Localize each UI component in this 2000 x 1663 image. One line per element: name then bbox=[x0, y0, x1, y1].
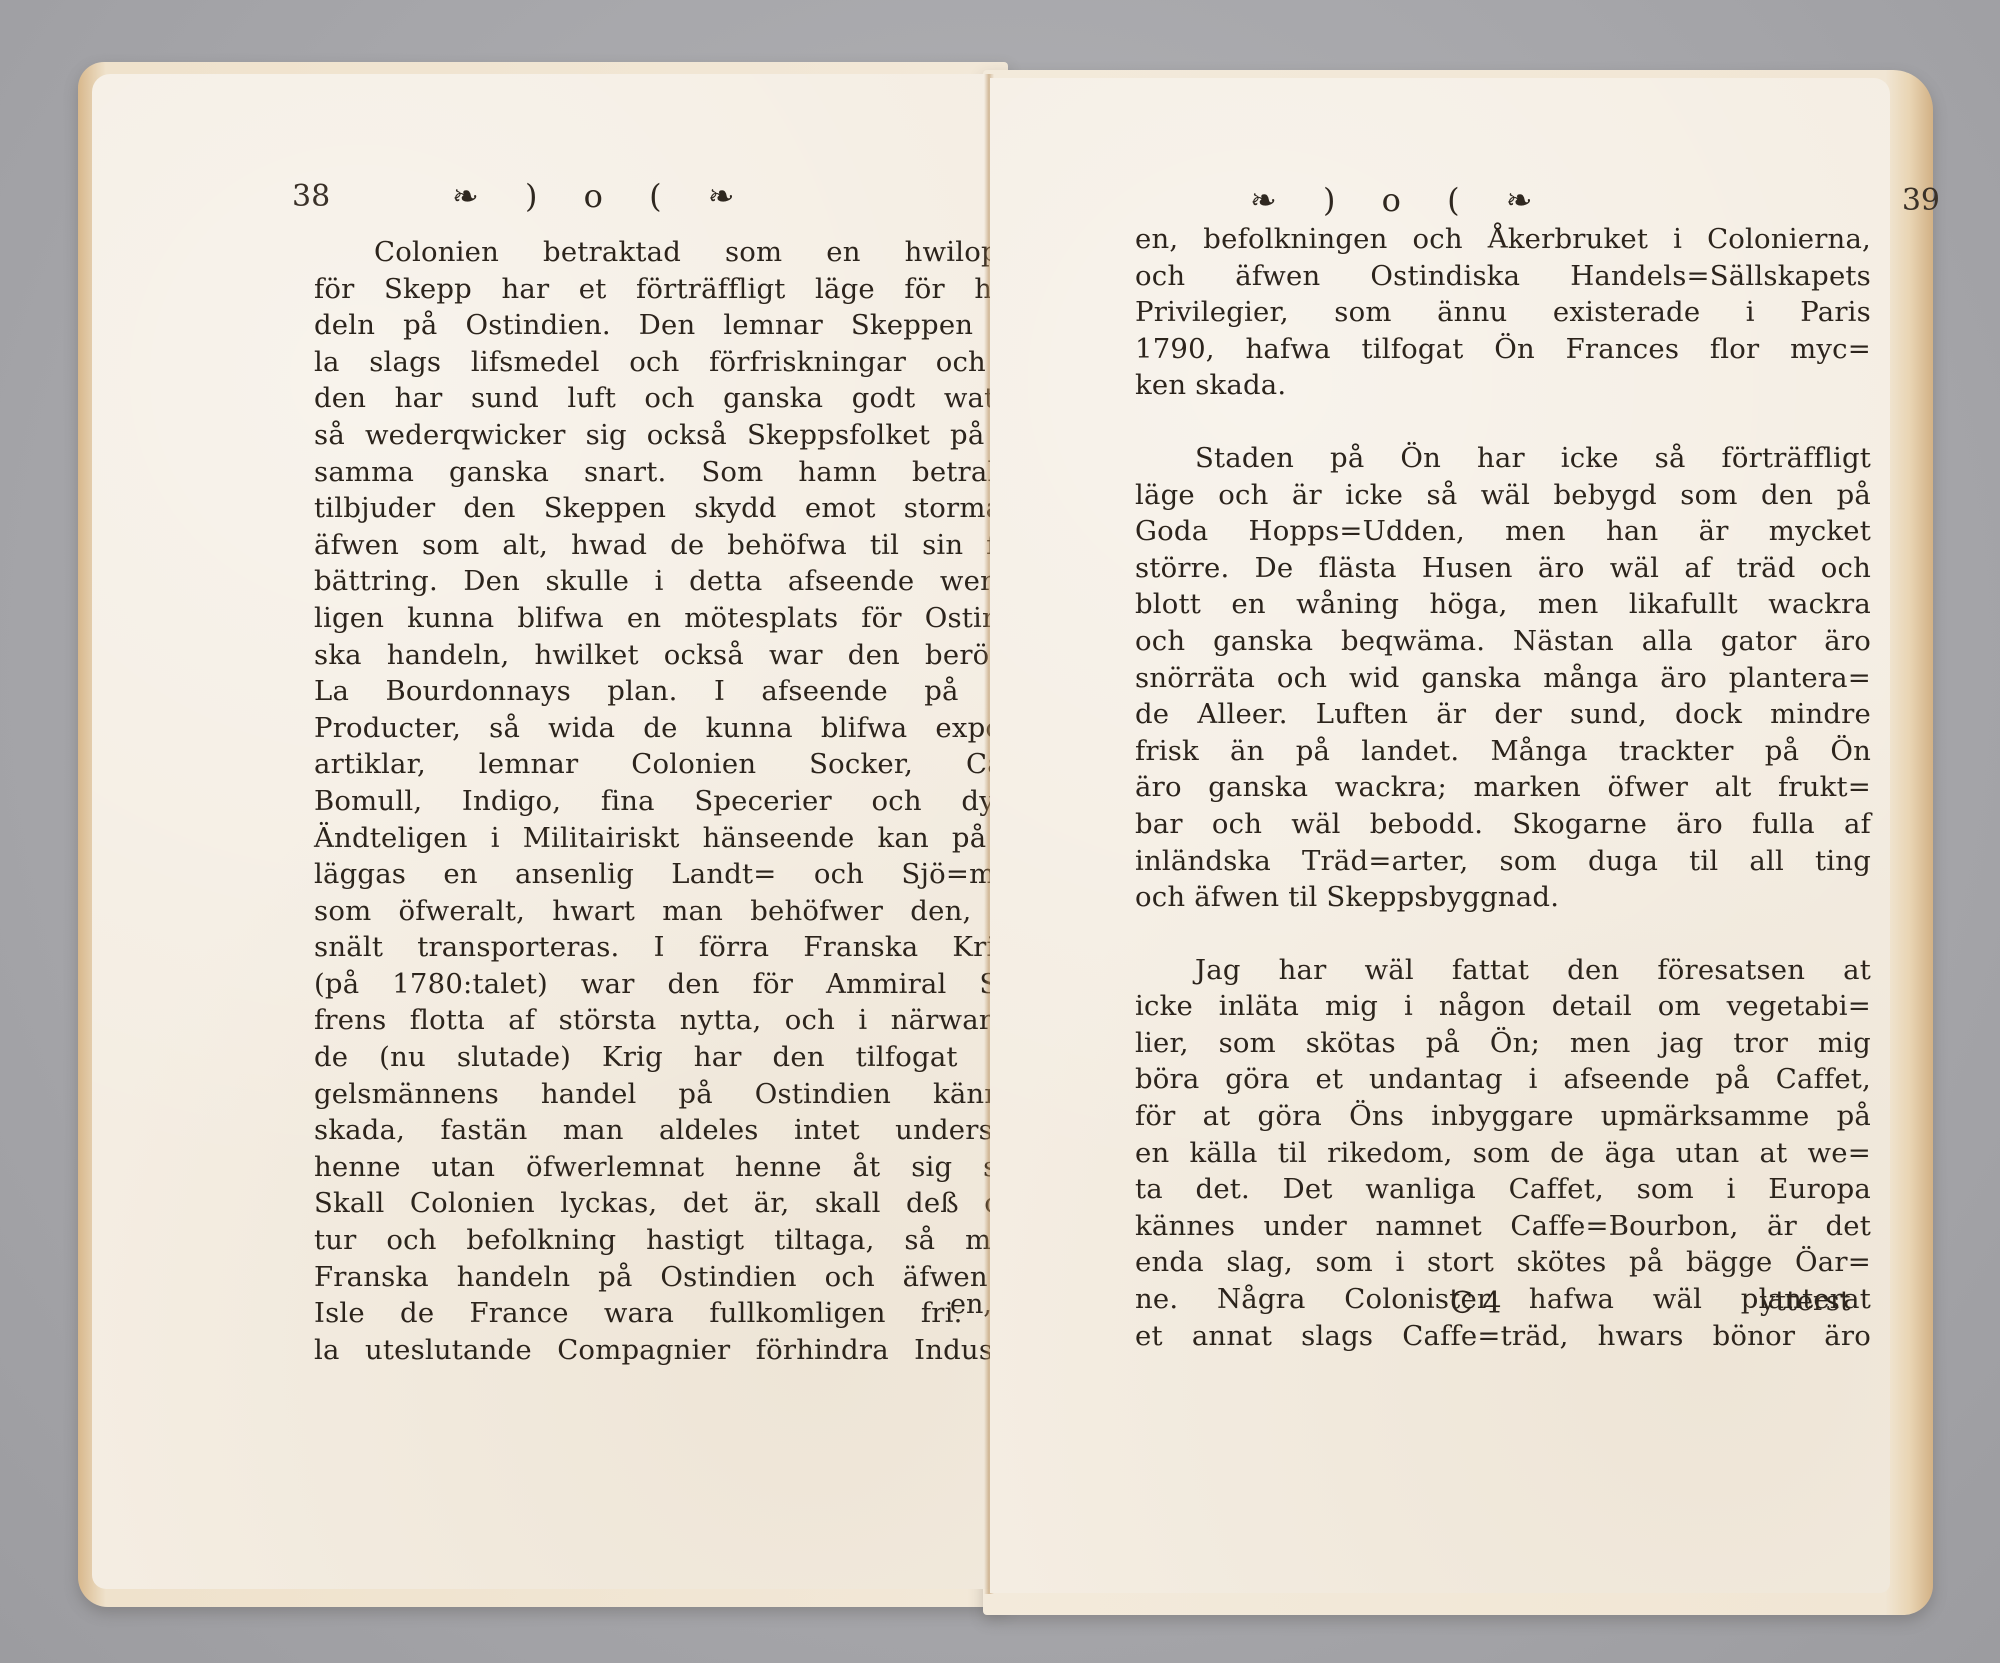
page-number-left: 38 bbox=[292, 179, 330, 214]
text-line: henne utan öfwerlemnat henne åt sig sjel… bbox=[314, 1149, 1050, 1186]
text-line: läge och är icke så wäl bebygd som den p… bbox=[1135, 477, 1871, 514]
signature-mark: C 4 bbox=[1450, 1286, 1502, 1321]
text-line: en, befolkningen och Åkerbruket i Coloni… bbox=[1135, 221, 1871, 258]
text-line: en källa til rikedom, som de äga utan at… bbox=[1135, 1135, 1871, 1172]
text-line: den har sund luft och ganska godt watten… bbox=[314, 380, 1050, 417]
text-line: snörräta och wid ganska många äro plante… bbox=[1135, 660, 1871, 697]
text-line: ken skada. bbox=[1135, 367, 1871, 404]
text-line: skada, fastän man aldeles intet understö… bbox=[314, 1112, 1050, 1149]
text-line: la uteslutande Compagnier förhindra Indu… bbox=[314, 1332, 1050, 1369]
text-line: deln på Ostindien. Den lemnar Skeppen al… bbox=[314, 307, 1050, 344]
text-line: Staden på Ön har icke så förträffligt bbox=[1135, 440, 1871, 477]
text-line: La Bourdonnays plan. I afseende på Öns bbox=[314, 673, 1050, 710]
text-line: böra göra et undantag i afseende på Caff… bbox=[1135, 1061, 1871, 1098]
text-line: läggas en ansenlig Landt= och Sjö=magt, bbox=[314, 856, 1050, 893]
text-line: frens flotta af största nytta, och i när… bbox=[314, 1002, 1050, 1039]
paragraph-gap bbox=[1135, 916, 1871, 952]
text-line: ligen kunna blifwa en mötesplats för Ost… bbox=[314, 600, 1050, 637]
fleuron-ornament-icon: ❧ ) o ( ❧ bbox=[1250, 181, 1551, 219]
text-line: för Skepp har et förträffligt läge för h… bbox=[314, 271, 1050, 308]
text-line: et annat slags Caffe=träd, hwars bönor ä… bbox=[1135, 1318, 1871, 1355]
page-number-right: 39 bbox=[1902, 183, 1940, 218]
text-line: Producter, så wida de kunna blifwa expor… bbox=[314, 710, 1050, 747]
text-line: bar och wäl bebodd. Skogarne äro fulla a… bbox=[1135, 806, 1871, 843]
left-page: 38 ❧ ) o ( ❧ Colonien betraktad som en h… bbox=[92, 74, 992, 1589]
text-line: och ganska beqwäma. Nästan alla gator är… bbox=[1135, 623, 1871, 660]
text-line: Goda Hopps=Udden, men han är mycket bbox=[1135, 513, 1871, 550]
fleuron-ornament-icon: ❧ ) o ( ❧ bbox=[452, 177, 753, 215]
text-line: de (nu slutade) Krig har den tilfogat En… bbox=[314, 1039, 1050, 1076]
text-line: gelsmännens handel på Ostindien kännbar bbox=[314, 1076, 1050, 1113]
text-line: kännes under namnet Caffe=Bourbon, är de… bbox=[1135, 1208, 1871, 1245]
text-line: la slags lifsmedel och förfriskningar oc… bbox=[314, 344, 1050, 381]
left-page-body-text: Colonien betraktad som en hwiloplatsför … bbox=[314, 234, 1050, 1368]
text-line: icke inläta mig i någon detail om vegeta… bbox=[1135, 988, 1871, 1025]
text-line: tur och befolkning hastigt tiltaga, så m… bbox=[314, 1222, 1050, 1259]
text-line: blott en wåning höga, men likafullt wack… bbox=[1135, 586, 1871, 623]
open-book: 38 ❧ ) o ( ❧ Colonien betraktad som en h… bbox=[78, 60, 1938, 1620]
text-line: Jag har wäl fattat den föresatsen at bbox=[1135, 952, 1871, 989]
text-line: äro ganska wackra; marken öfwer alt fruk… bbox=[1135, 769, 1871, 806]
running-head-right: ❧ ) o ( ❧ 39 bbox=[1120, 183, 1940, 223]
text-line: Skall Colonien lyckas, det är, skall deß… bbox=[314, 1185, 1050, 1222]
text-line: Colonien betraktad som en hwiloplats bbox=[314, 234, 1050, 271]
text-line: ta det. Det wanliga Caffet, som i Europa bbox=[1135, 1171, 1871, 1208]
text-line: Privilegier, som ännu existerade i Paris bbox=[1135, 294, 1871, 331]
text-line: inländska Träd=arter, som duga til all t… bbox=[1135, 843, 1871, 880]
text-line: samma ganska snart. Som hamn betraktad bbox=[314, 454, 1050, 491]
text-line: frisk än på landet. Många trackter på Ön bbox=[1135, 733, 1871, 770]
text-line: Ändteligen i Militairiskt hänseende kan … bbox=[314, 820, 1050, 857]
text-line: Franska handeln på Ostindien och äfwen p… bbox=[314, 1259, 1050, 1296]
catchword-right: ytterst bbox=[1760, 1286, 1851, 1317]
text-line: enda slag, som i stort skötes på bägge Ö… bbox=[1135, 1244, 1871, 1281]
paragraph-gap bbox=[1135, 404, 1871, 440]
text-line: så wederqwicker sig också Skeppsfolket p… bbox=[314, 417, 1050, 454]
text-line: och äfwen Ostindiska Handels=Sällskapets bbox=[1135, 258, 1871, 295]
text-line: bättring. Den skulle i detta afseende we… bbox=[314, 563, 1050, 600]
text-line: de Alleer. Luften är der sund, dock mind… bbox=[1135, 696, 1871, 733]
text-line: äfwen som alt, hwad de behöfwa til sin f… bbox=[314, 527, 1050, 564]
text-line: 1790, hafwa tilfogat Ön Frances flor myc… bbox=[1135, 331, 1871, 368]
text-line: som öfweralt, hwart man behöfwer den, ka… bbox=[314, 893, 1050, 930]
right-page: ❧ ) o ( ❧ 39 en, befolkningen och Åkerbr… bbox=[990, 78, 1890, 1593]
text-line: tilbjuder den Skeppen skydd emot stormar… bbox=[314, 490, 1050, 527]
text-line: Isle de France wara fullkomligen fri. Al… bbox=[314, 1295, 1050, 1332]
text-line: Bomull, Indigo, fina Specerier och dylik… bbox=[314, 783, 1050, 820]
text-line: större. De flästa Husen äro wäl af träd … bbox=[1135, 550, 1871, 587]
text-line: lier, som skötas på Ön; men jag tror mig bbox=[1135, 1025, 1871, 1062]
text-line: snält transporteras. I förra Franska Kri… bbox=[314, 929, 1050, 966]
text-line: för at göra Öns inbyggare upmärksamme på bbox=[1135, 1098, 1871, 1135]
text-line: artiklar, lemnar Colonien Socker, Caffe, bbox=[314, 746, 1050, 783]
text-line: (på 1780:talet) war den för Ammiral Suf= bbox=[314, 966, 1050, 1003]
right-page-body-text: en, befolkningen och Åkerbruket i Coloni… bbox=[1135, 221, 1871, 1354]
text-line: ska handeln, hwilket också war den beröm… bbox=[314, 637, 1050, 674]
text-line: och äfwen til Skeppsbyggnad. bbox=[1135, 879, 1871, 916]
